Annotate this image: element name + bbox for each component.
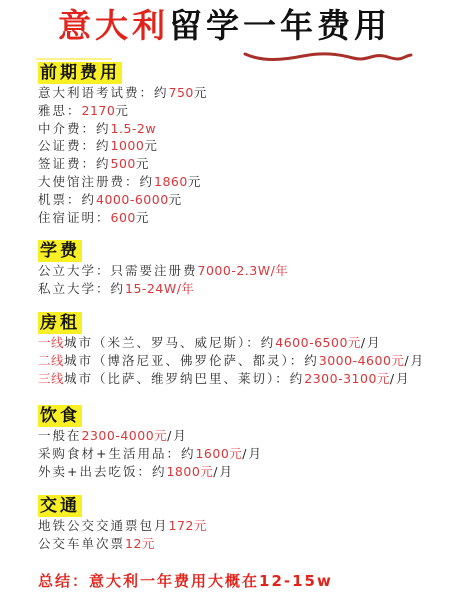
list-item: 大使馆注册费：约1860元 (38, 173, 208, 191)
section-heading: 前期费用 (38, 62, 122, 84)
list-item: 住宿证明：600元 (38, 209, 208, 227)
list-item: 公证费：约1000元 (38, 137, 208, 155)
list-item: 意大利语考试费：约750元 (38, 84, 208, 102)
squiggle-underline-icon (243, 50, 413, 64)
list-item: 采购食材+生活用品：约1600元/月 (38, 445, 263, 463)
title-topic: 留学一年费用 (169, 6, 391, 45)
decorative-underline (36, 58, 112, 60)
section-tuition: 学费 公立大学：只需要注册费7000-2.3W/年 私立大学：约15-24W/年 (38, 240, 288, 298)
section-heading: 学费 (38, 240, 82, 262)
page-title: 意大利留学一年费用 (0, 6, 449, 46)
section-transport: 交通 地铁公交交通票包月172元 公交车单次票12元 (38, 495, 207, 553)
section-heading: 房租 (38, 312, 82, 334)
list-item: 雅思：2170元 (38, 102, 208, 120)
list-item: 外卖+出去吃饭：约1800元/月 (38, 463, 263, 481)
list-item: 一线城市（米兰、罗马、威尼斯）：约4600-6500元/月 (38, 334, 425, 352)
list-item: 公交车单次票12元 (38, 535, 207, 553)
list-item: 三线城市（比萨、维罗纳巴里、莱切）：约2300-3100元/月 (38, 370, 425, 388)
section-heading: 饮食 (38, 405, 82, 427)
section-heading: 交通 (38, 495, 82, 517)
list-item: 二线城市（博洛尼亚、佛罗伦萨、都灵）：约3000-4600元/月 (38, 352, 425, 370)
list-item: 私立大学：约15-24W/年 (38, 280, 288, 298)
list-item: 公立大学：只需要注册费7000-2.3W/年 (38, 262, 288, 280)
list-item: 一般在2300-4000元/月 (38, 427, 263, 445)
title-country: 意大利 (58, 6, 169, 45)
list-item: 地铁公交交通票包月172元 (38, 517, 207, 535)
section-rent: 房租 一线城市（米兰、罗马、威尼斯）：约4600-6500元/月 二线城市（博洛… (38, 312, 425, 387)
list-item: 机票：约4000-6000元 (38, 191, 208, 209)
list-item: 签证费：约500元 (38, 155, 208, 173)
section-food: 饮食 一般在2300-4000元/月 采购食材+生活用品：约1600元/月 外卖… (38, 405, 263, 480)
list-item: 中介费：约1.5-2w (38, 120, 208, 138)
summary-text: 总结：意大利一年费用大概在12-15w (38, 570, 333, 591)
section-upfront-costs: 前期费用 意大利语考试费：约750元 雅思：2170元 中介费：约1.5-2w … (38, 62, 208, 226)
